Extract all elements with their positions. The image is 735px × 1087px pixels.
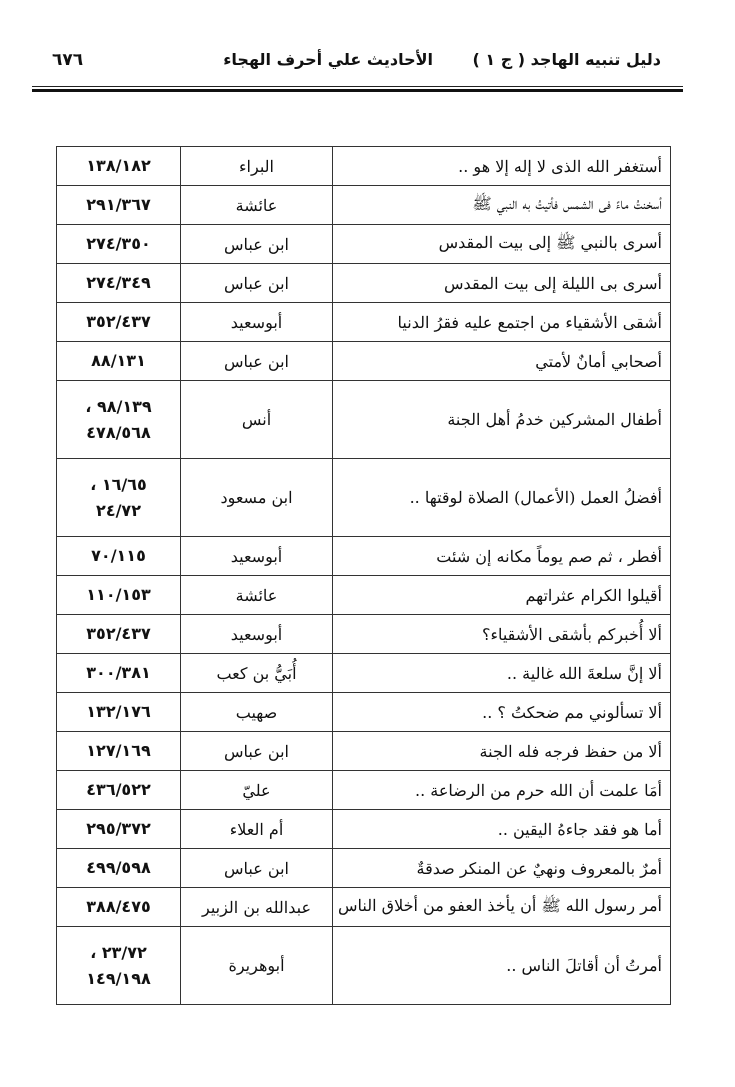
table-row: أمرتُ أن أقاتلَ الناس ..أبوهريرة٢٣/٧٢ ،١… (57, 927, 671, 1005)
running-header: دليل تنبيه الهاجد ( ج ١ ) الأحاديث علي أ… (32, 46, 683, 76)
reference-number: ٣٨٨/٤٧٥ (65, 894, 172, 920)
table-row: أصحابي أمانٌ لأمتيابن عباس٨٨/١٣١ (57, 342, 671, 381)
reference-number: ٤٣٦/٥٢٢ (65, 777, 172, 803)
book-title: دليل تنبيه الهاجد ( ج ١ ) (472, 50, 661, 69)
hadith-text-cell: أمرٌ بالمعروف ونهيٌ عن المنكر صدقةٌ (333, 849, 671, 888)
table-row: أمر رسول الله ﷺ أن يأخذ العفو من أخلاق ا… (57, 888, 671, 927)
reference-cell: ٢٧٤/٣٥٠ (57, 225, 181, 264)
table-row: أقيلوا الكرام عثراتهمعائشة١١٠/١٥٣ (57, 576, 671, 615)
narrator-cell: أبوهريرة (181, 927, 333, 1005)
reference-cell: ٩٨/١٣٩ ،٤٧٨/٥٦٨ (57, 381, 181, 459)
reference-number: ٤٧٨/٥٦٨ (65, 420, 172, 446)
section-title: الأحاديث علي أحرف الهجاء (223, 50, 433, 69)
hadith-text-cell: أصحابي أمانٌ لأمتي (333, 342, 671, 381)
table-row: ألا أُخبركم بأشقى الأشقياء؟أبوسعيد٣٥٢/٤٣… (57, 615, 671, 654)
reference-cell: ٢٩٥/٣٧٢ (57, 810, 181, 849)
reference-number: ٧٠/١١٥ (65, 543, 172, 569)
header-rule-thin (32, 86, 683, 87)
hadith-text-cell: ألا أُخبركم بأشقى الأشقياء؟ (333, 615, 671, 654)
hadith-text-cell: أسخنتُ ماءً فى الشمس فأتيتُ به النبي ﷺ (333, 186, 671, 225)
hadith-index-table: أستغفر الله الذى لا إله إلا هو ..البراء١… (56, 146, 671, 1005)
reference-number: ١٤٩/١٩٨ (65, 966, 172, 992)
table-row: ألا إنَّ سلعةَ الله غالية ..أُبَيُّ بن ك… (57, 654, 671, 693)
hadith-text-cell: أمرتُ أن أقاتلَ الناس .. (333, 927, 671, 1005)
table-row: أسخنتُ ماءً فى الشمس فأتيتُ به النبي ﷺعا… (57, 186, 671, 225)
reference-cell: ١٣٨/١٨٢ (57, 147, 181, 186)
table-row: ألا تسألوني مم ضحكتُ ؟ ..صهيب١٣٢/١٧٦ (57, 693, 671, 732)
hadith-text-cell: ألا تسألوني مم ضحكتُ ؟ .. (333, 693, 671, 732)
reference-number: ٣٥٢/٤٣٧ (65, 309, 172, 335)
narrator-cell: عائشة (181, 186, 333, 225)
hadith-text-cell: أفطر ، ثم صم يوماً مكانه إن شئت (333, 537, 671, 576)
hadith-text-cell: أسرى بالنبي ﷺ إلى بيت المقدس (333, 225, 671, 264)
reference-number: ٢٤/٧٢ (65, 498, 172, 524)
table-row: أسرى بالنبي ﷺ إلى بيت المقدسابن عباس٢٧٤/… (57, 225, 671, 264)
reference-cell: ٣٠٠/٣٨١ (57, 654, 181, 693)
reference-number: ٤٩٩/٥٩٨ (65, 855, 172, 881)
narrator-cell: أُبَيُّ بن كعب (181, 654, 333, 693)
narrator-cell: ابن عباس (181, 225, 333, 264)
narrator-cell: ابن عباس (181, 342, 333, 381)
reference-number: ١٢٧/١٦٩ (65, 738, 172, 764)
reference-number: ٢٧٤/٣٤٩ (65, 270, 172, 296)
reference-number: ٣٠٠/٣٨١ (65, 660, 172, 686)
reference-cell: ٢٧٤/٣٤٩ (57, 264, 181, 303)
table-row: أمرٌ بالمعروف ونهيٌ عن المنكر صدقةٌابن ع… (57, 849, 671, 888)
reference-number: ١١٠/١٥٣ (65, 582, 172, 608)
table-row: أطفال المشركين خدمُ أهل الجنةأنس٩٨/١٣٩ ،… (57, 381, 671, 459)
hadith-text-cell: أمَا علمت أن الله حرم من الرضاعة .. (333, 771, 671, 810)
narrator-cell: ابن عباس (181, 732, 333, 771)
reference-number: ١٦/٦٥ ، (65, 472, 172, 498)
hadith-text-cell: أمر رسول الله ﷺ أن يأخذ العفو من أخلاق ا… (333, 888, 671, 927)
reference-number: ٢٧٤/٣٥٠ (65, 231, 172, 257)
hadith-text-cell: أفضلُ العمل (الأعمال) الصلاة لوقتها .. (333, 459, 671, 537)
hadith-text-cell: أستغفر الله الذى لا إله إلا هو .. (333, 147, 671, 186)
table-row: أما هو فقد جاءهُ اليقين ..أم العلاء٢٩٥/٣… (57, 810, 671, 849)
header-rule-thick (32, 89, 683, 92)
table-row: أستغفر الله الذى لا إله إلا هو ..البراء١… (57, 147, 671, 186)
hadith-text-cell: ألا إنَّ سلعةَ الله غالية .. (333, 654, 671, 693)
hadith-text-cell: أسرى بى الليلة إلى بيت المقدس (333, 264, 671, 303)
reference-number: ٢٩٥/٣٧٢ (65, 816, 172, 842)
narrator-cell: عليّ (181, 771, 333, 810)
narrator-cell: أنس (181, 381, 333, 459)
table-row: أفطر ، ثم صم يوماً مكانه إن شئتأبوسعيد٧٠… (57, 537, 671, 576)
reference-cell: ١١٠/١٥٣ (57, 576, 181, 615)
hadith-text-cell: أما هو فقد جاءهُ اليقين .. (333, 810, 671, 849)
narrator-cell: أم العلاء (181, 810, 333, 849)
narrator-cell: أبوسعيد (181, 537, 333, 576)
hadith-text-cell: أقيلوا الكرام عثراتهم (333, 576, 671, 615)
narrator-cell: ابن مسعود (181, 459, 333, 537)
hadith-text-cell: أطفال المشركين خدمُ أهل الجنة (333, 381, 671, 459)
reference-number: ١٣٢/١٧٦ (65, 699, 172, 725)
hadith-text-cell: أشقى الأشقياء من اجتمع عليه فقرُ الدنيا (333, 303, 671, 342)
table-row: ألا من حفظ فرجه فله الجنةابن عباس١٢٧/١٦٩ (57, 732, 671, 771)
reference-number: ١٣٨/١٨٢ (65, 153, 172, 179)
table-row: أفضلُ العمل (الأعمال) الصلاة لوقتها ..اب… (57, 459, 671, 537)
page-number: ٦٧٦ (52, 50, 83, 70)
reference-number: ٣٥٢/٤٣٧ (65, 621, 172, 647)
narrator-cell: ابن عباس (181, 849, 333, 888)
narrator-cell: صهيب (181, 693, 333, 732)
reference-cell: ١٣٢/١٧٦ (57, 693, 181, 732)
reference-cell: ٢٣/٧٢ ،١٤٩/١٩٨ (57, 927, 181, 1005)
reference-cell: ٢٩١/٣٦٧ (57, 186, 181, 225)
reference-cell: ٤٩٩/٥٩٨ (57, 849, 181, 888)
narrator-cell: عائشة (181, 576, 333, 615)
table-row: أشقى الأشقياء من اجتمع عليه فقرُ الدنياأ… (57, 303, 671, 342)
narrator-cell: عبدالله بن الزبير (181, 888, 333, 927)
narrator-cell: أبوسعيد (181, 303, 333, 342)
reference-cell: ٣٨٨/٤٧٥ (57, 888, 181, 927)
reference-cell: ٨٨/١٣١ (57, 342, 181, 381)
hadith-text-cell: ألا من حفظ فرجه فله الجنة (333, 732, 671, 771)
reference-cell: ٣٥٢/٤٣٧ (57, 303, 181, 342)
narrator-cell: ابن عباس (181, 264, 333, 303)
reference-cell: ٧٠/١١٥ (57, 537, 181, 576)
reference-number: ٨٨/١٣١ (65, 348, 172, 374)
narrator-cell: أبوسعيد (181, 615, 333, 654)
reference-number: ٢٩١/٣٦٧ (65, 192, 172, 218)
table-row: أسرى بى الليلة إلى بيت المقدسابن عباس٢٧٤… (57, 264, 671, 303)
table-body: أستغفر الله الذى لا إله إلا هو ..البراء١… (57, 147, 671, 1005)
reference-cell: ١٦/٦٥ ،٢٤/٧٢ (57, 459, 181, 537)
reference-cell: ٤٣٦/٥٢٢ (57, 771, 181, 810)
table-row: أمَا علمت أن الله حرم من الرضاعة ..عليّ٤… (57, 771, 671, 810)
reference-cell: ٣٥٢/٤٣٧ (57, 615, 181, 654)
reference-cell: ١٢٧/١٦٩ (57, 732, 181, 771)
reference-number: ٩٨/١٣٩ ، (65, 394, 172, 420)
reference-number: ٢٣/٧٢ ، (65, 940, 172, 966)
narrator-cell: البراء (181, 147, 333, 186)
